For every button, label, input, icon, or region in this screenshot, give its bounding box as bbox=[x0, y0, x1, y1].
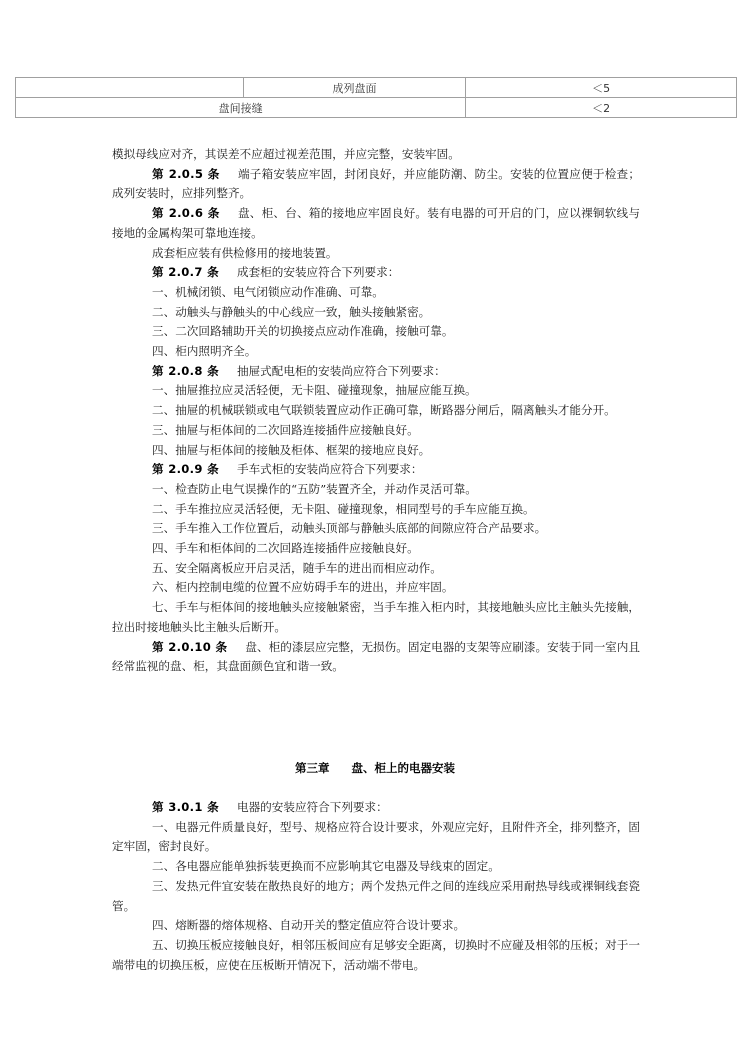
clause-number: 第 2.0.7 条 bbox=[152, 265, 219, 279]
table-cell-item: 成列盘面 bbox=[243, 78, 466, 98]
clause-3-0-1: 第 3.0.1 条电器的安装应符合下列要求： bbox=[112, 798, 640, 818]
list-item: 一、电器元件质量良好，型号、规格应符合设计要求，外观应完好，且附件齐全，排列整齐… bbox=[112, 818, 640, 857]
list-item: 一、机械闭锁、电气闭锁应动作准确、可靠。 bbox=[112, 283, 640, 303]
section-2-body: 模拟母线应对齐，其误差不应超过视差范围，并应完整，安装牢固。 第 2.0.5 条… bbox=[112, 145, 640, 677]
clause-text: 抽屉式配电柜的安装尚应符合下列要求： bbox=[237, 364, 446, 378]
tolerance-table: 成列盘面 ＜5 盘间接缝 ＜2 bbox=[15, 77, 737, 118]
clause-number: 第 2.0.10 条 bbox=[152, 640, 227, 654]
list-item: 七、手车与柜体间的接地触头应接触紧密，当手车推入柜内时，其接地触头应比主触头先接… bbox=[112, 598, 640, 637]
list-item: 五、安全隔离板应开启灵活，随手车的进出而相应动作。 bbox=[112, 559, 640, 579]
paragraph: 模拟母线应对齐，其误差不应超过视差范围，并应完整，安装牢固。 bbox=[112, 145, 640, 165]
clause-2-0-7: 第 2.0.7 条成套柜的安装应符合下列要求： bbox=[112, 263, 640, 283]
clause-text: 手车式柜的安装尚应符合下列要求： bbox=[237, 462, 423, 476]
table-cell-empty bbox=[16, 78, 244, 98]
clause-number: 第 2.0.5 条 bbox=[152, 167, 220, 181]
list-item: 三、二次回路辅助开关的切换接点应动作准确，接触可靠。 bbox=[112, 322, 640, 342]
clause-2-0-6: 第 2.0.6 条盘、柜、台、箱的接地应牢固良好。装有电器的可开启的门，应以裸铜… bbox=[112, 204, 640, 243]
list-item: 四、抽屉与柜体间的接触及柜体、框架的接地应良好。 bbox=[112, 441, 640, 461]
clause-2-0-8: 第 2.0.8 条抽屉式配电柜的安装尚应符合下列要求： bbox=[112, 362, 640, 382]
table-cell-value: ＜5 bbox=[466, 78, 737, 98]
clause-2-0-5: 第 2.0.5 条端子箱安装应牢固，封闭良好，并应能防潮、防尘。安装的位置应便于… bbox=[112, 165, 640, 204]
list-item: 一、抽屉推拉应灵活轻便，无卡阻、碰撞现象，抽屉应能互换。 bbox=[112, 381, 640, 401]
list-item: 三、抽屉与柜体间的二次回路连接插件应接触良好。 bbox=[112, 421, 640, 441]
paragraph: 成套柜应装有供检修用的接地装置。 bbox=[112, 244, 640, 264]
clause-number: 第 2.0.8 条 bbox=[152, 364, 219, 378]
chapter-3-body: 第 3.0.1 条电器的安装应符合下列要求： 一、电器元件质量良好，型号、规格应… bbox=[112, 798, 640, 975]
list-item: 二、各电器应能单独拆装更换而不应影响其它电器及导线束的固定。 bbox=[112, 857, 640, 877]
clause-text: 电器的安装应符合下列要求： bbox=[237, 800, 388, 814]
clause-2-0-10: 第 2.0.10 条盘、柜的漆层应完整，无损伤。固定电器的支架等应刷漆。安装于同… bbox=[112, 638, 640, 677]
list-item: 二、动触头与静触头的中心线应一致，触头接触紧密。 bbox=[112, 303, 640, 323]
table-row: 盘间接缝 ＜2 bbox=[16, 98, 737, 118]
list-item: 二、抽屉的机械联锁或电气联锁装置应动作正确可靠，断路器分闸后，隔离触头才能分开。 bbox=[112, 401, 640, 421]
chapter-title: 盘、柜上的电器安装 bbox=[352, 761, 456, 775]
chapter-number: 第三章 bbox=[295, 761, 330, 775]
list-item: 二、手车推拉应灵活轻便，无卡阻、碰撞现象，相同型号的手车应能互换。 bbox=[112, 500, 640, 520]
chapter-heading: 第三章盘、柜上的电器安装 bbox=[0, 760, 750, 776]
clause-number: 第 2.0.9 条 bbox=[152, 462, 219, 476]
list-item: 六、柜内控制电缆的位置不应妨碍手车的进出，并应牢固。 bbox=[112, 578, 640, 598]
list-item: 三、手车推入工作位置后，动触头顶部与静触头底部的间隙应符合产品要求。 bbox=[112, 519, 640, 539]
clause-number: 第 2.0.6 条 bbox=[152, 206, 220, 220]
table-cell-value: ＜2 bbox=[466, 98, 737, 118]
list-item: 三、发热元件宜安装在散热良好的地方；两个发热元件之间的连线应采用耐热导线或裸铜线… bbox=[112, 877, 640, 916]
clause-number: 第 3.0.1 条 bbox=[152, 800, 219, 814]
list-item: 五、切换压板应接触良好，相邻压板间应有足够安全距离，切换时不应碰及相邻的压板；对… bbox=[112, 936, 640, 975]
list-item: 一、检查防止电气误操作的“五防”装置齐全，并动作灵活可靠。 bbox=[112, 480, 640, 500]
table-cell-item: 盘间接缝 bbox=[16, 98, 466, 118]
clause-text: 成套柜的安装应符合下列要求： bbox=[237, 265, 399, 279]
list-item: 四、柜内照明齐全。 bbox=[112, 342, 640, 362]
list-item: 四、熔断器的熔体规格、自动开关的整定值应符合设计要求。 bbox=[112, 916, 640, 936]
list-item: 四、手车和柜体间的二次回路连接插件应接触良好。 bbox=[112, 539, 640, 559]
table-row: 成列盘面 ＜5 bbox=[16, 78, 737, 98]
clause-2-0-9: 第 2.0.9 条手车式柜的安装尚应符合下列要求： bbox=[112, 460, 640, 480]
